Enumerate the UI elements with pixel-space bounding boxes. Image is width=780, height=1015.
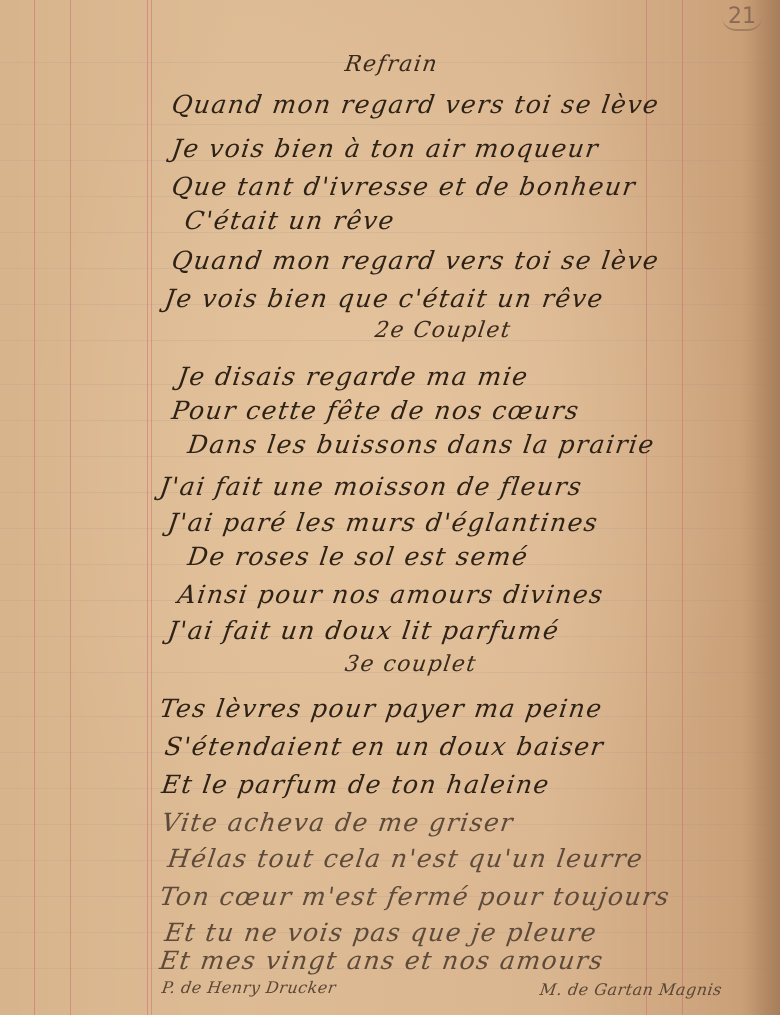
refrain-line: Que tant d'ivresse et de bonheur	[170, 172, 638, 201]
couplet2-heading: 2e Couplet	[373, 318, 513, 343]
page-edge-shadow	[740, 0, 780, 1015]
refrain-line: Je vois bien à ton air moqueur	[170, 134, 601, 163]
refrain-line: Je vois bien que c'était un rêve	[163, 284, 606, 313]
manuscript-page: 21 Refrain Quand mon regard vers toi se …	[0, 0, 780, 1015]
margin-rule	[70, 0, 71, 1015]
margin-rule	[34, 0, 35, 1015]
couplet2-line: Ainsi pour nos amours divines	[176, 580, 606, 609]
refrain-line: C'était un rêve	[183, 206, 397, 235]
couplet3-line: Tes lèvres pour payer ma peine	[158, 694, 605, 723]
couplet2-line: De roses le sol est semé	[186, 542, 531, 571]
couplet3-line: Et mes vingt ans et nos amours	[158, 946, 606, 975]
couplet2-line: J'ai fait une moisson de fleurs	[158, 472, 585, 501]
couplet3-line: Ton cœur m'est fermé pour toujours	[158, 882, 672, 911]
lyricist-credit: P. de Henry Drucker	[161, 978, 338, 997]
couplet3-line: Vite acheva de me griser	[160, 808, 516, 837]
refrain-line: Quand mon regard vers toi se lève	[170, 246, 661, 275]
couplet3-line: Et le parfum de ton haleine	[160, 770, 552, 799]
couplet2-line: J'ai paré les murs d'églantines	[166, 508, 600, 537]
couplet2-line: J'ai fait un doux lit parfumé	[166, 616, 562, 645]
couplet3-heading: 3e couplet	[343, 652, 478, 677]
couplet3-line: Hélas tout cela n'est qu'un leurre	[166, 844, 645, 873]
couplet2-line: Dans les buissons dans la prairie	[186, 430, 657, 459]
left-margin-double-rule	[147, 0, 148, 1015]
couplet2-line: Je disais regarde ma mie	[176, 362, 531, 391]
couplet2-line: Pour cette fête de nos cœurs	[170, 396, 582, 425]
couplet3-line: Et tu ne vois pas que je pleure	[163, 918, 599, 947]
composer-credit: M. de Gartan Magnis	[539, 980, 724, 999]
margin-rule	[682, 0, 683, 1015]
refrain-heading: Refrain	[343, 52, 440, 77]
ruled-line	[0, 124, 780, 125]
refrain-line: Quand mon regard vers toi se lève	[170, 90, 661, 119]
page-number: 21	[722, 4, 762, 31]
margin-rule	[646, 0, 647, 1015]
couplet3-line: S'étendaient en un doux baiser	[163, 732, 606, 761]
